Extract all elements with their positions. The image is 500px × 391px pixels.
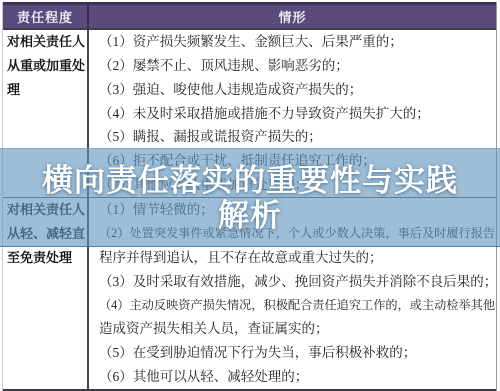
- label-line: 理: [7, 78, 87, 102]
- column-header-degree: 责任程度: [3, 5, 89, 28]
- item-line: （4）主动反映资产损失情况，积极配合责任追究工作的，或主动检举其他: [99, 294, 496, 318]
- item-line: （5）在受到胁迫情况下行为失当，事后积极补救的；: [99, 341, 496, 365]
- screenshot-root: 责任程度 情形 对相关责任人 从重或加重处 理 （1）资产损失频繁发生、金额巨大…: [0, 0, 500, 391]
- label-line: 至免责处理: [7, 246, 87, 270]
- table-header-row: 责任程度 情形: [3, 2, 496, 30]
- item-line-continuation: 程序并得到追认，且不存在故意或重大过失的；: [99, 246, 496, 270]
- item-line: （4）未及时采取措施或措施不力导致资产损失扩大的；: [99, 102, 496, 126]
- item-line: （3）强迫、唆使他人违规造成资产损失的；: [99, 78, 496, 102]
- item-line: （6）其他可以从轻、减轻处理的；: [99, 365, 496, 389]
- watermark-title-banner: 横向责任落实的重要性与实践 解析: [0, 148, 500, 247]
- label-line: 从重或加重处: [7, 54, 87, 78]
- label-line: 对相关责任人: [7, 30, 87, 54]
- item-line: （1）资产损失频繁发生、金额巨大、后果严重的；: [99, 30, 496, 54]
- item-line: （2）屡禁不止、顶风违规、影响恶劣的；: [99, 54, 496, 78]
- item-line: （3）及时采取有效措施，减少、挽回资产损失并消除不良后果的；: [99, 270, 496, 294]
- column-header-situation: 情形: [89, 5, 496, 28]
- banner-title-line1: 横向责任落实的重要性与实践: [42, 163, 458, 198]
- banner-title-line2: 解析: [218, 198, 282, 233]
- item-line-continuation: 造成资产损失相关人员，查证属实的；: [99, 317, 496, 341]
- item-line: （5）瞒报、漏报或谎报资产损失的；: [99, 125, 496, 149]
